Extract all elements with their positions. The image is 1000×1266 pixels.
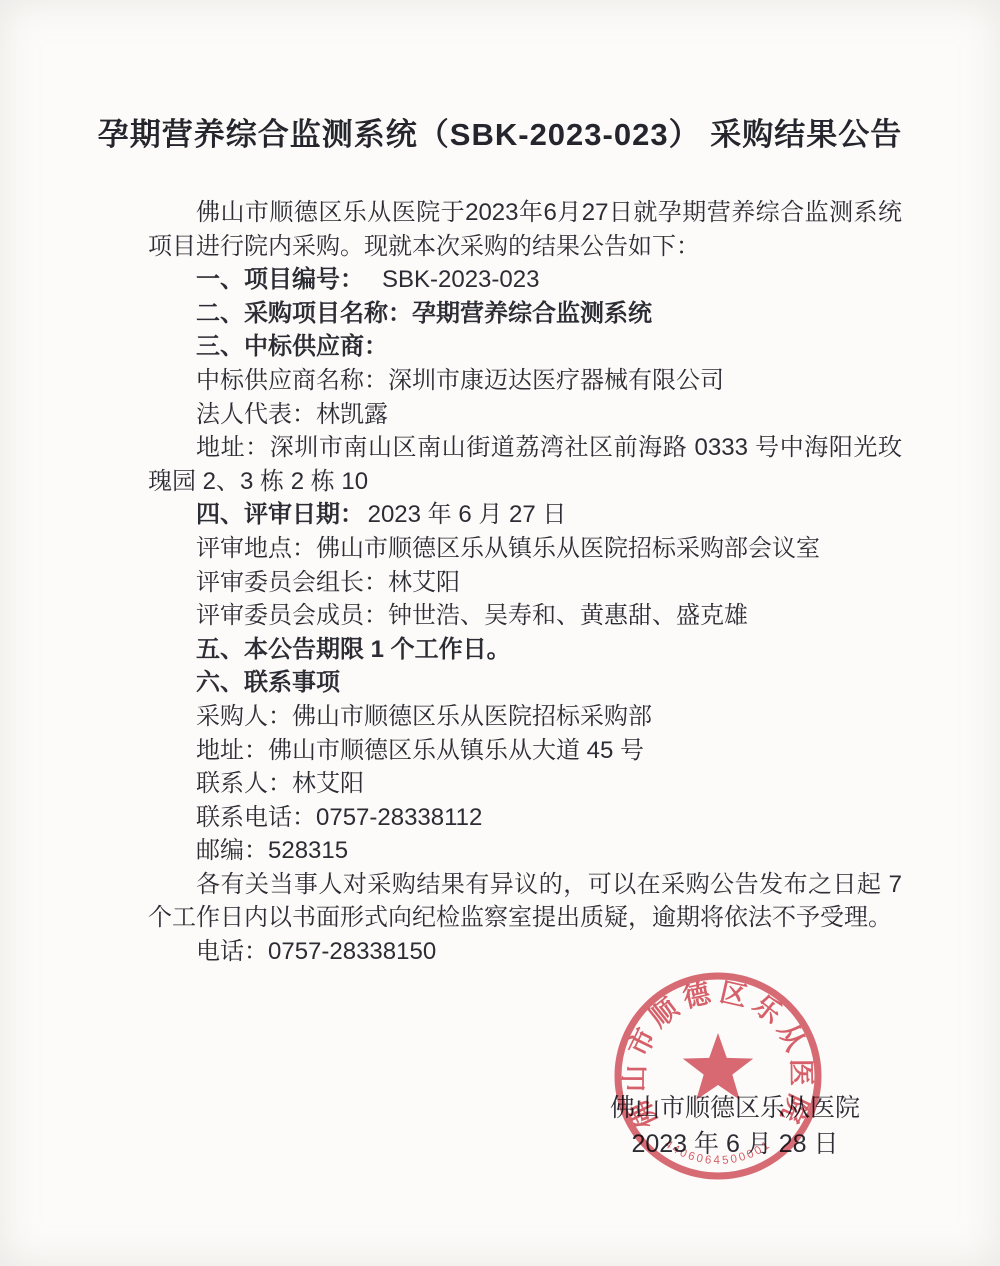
item-2-project-name: 二、采购项目名称：孕期营养综合监测系统 — [148, 297, 902, 331]
supplier-name-line: 中标供应商名称：深圳市康迈达医疗器械有限公司 — [148, 364, 902, 398]
intro-paragraph: 佛山市顺德区乐从医院于2023年6月27日就孕期营养综合监测系统项目进行院内采购… — [148, 196, 902, 263]
item-6-contact-heading: 六、联系事项 — [148, 666, 902, 700]
item-3-winning-supplier-heading: 三、中标供应商： — [148, 330, 902, 364]
item-4-label: 四、评审日期： — [196, 501, 364, 528]
scanned-document-page: 孕期营养综合监测系统（SBK-2023-023） 采购结果公告 佛山市顺德区乐从… — [0, 0, 1000, 1266]
contact-person-line: 联系人：林艾阳 — [148, 767, 902, 801]
item-1-project-number: 一、项目编号：SBK-2023-023 — [148, 263, 902, 297]
contact-phone-line: 联系电话：0757-28338112 — [148, 801, 902, 835]
item-1-value: SBK-2023-023 — [382, 266, 539, 293]
item-5-notice-period: 五、本公告期限 1 个工作日。 — [148, 633, 902, 667]
supplier-address-line: 地址：深圳市南山区南山街道荔湾社区前海路 0333 号中海阳光玫瑰园 2、3 栋… — [148, 431, 902, 498]
document-title: 孕期营养综合监测系统（SBK-2023-023） 采购结果公告 — [0, 0, 1000, 154]
official-seal: 佛山市顺德区乐从医院 4406064500001 — [606, 964, 830, 1188]
svg-text:4406064500001: 4406064500001 — [662, 1138, 773, 1167]
document-body: 佛山市顺德区乐从医院于2023年6月27日就孕期营养综合监测系统项目进行院内采购… — [148, 196, 902, 969]
seal-serial-number: 4406064500001 — [662, 1138, 773, 1167]
legal-representative-line: 法人代表：林凯露 — [148, 398, 902, 432]
star-icon — [683, 1033, 753, 1100]
item-4-review-date: 四、评审日期：2023 年 6 月 27 日 — [148, 498, 902, 532]
purchaser-address-line: 地址：佛山市顺德区乐从镇乐从大道 45 号 — [148, 734, 902, 768]
item-4-value: 2023 年 6 月 27 日 — [368, 501, 567, 528]
committee-members-line: 评审委员会成员：钟世浩、吴寿和、黄惠甜、盛克雄 — [148, 599, 902, 633]
review-place-line: 评审地点：佛山市顺德区乐从镇乐从医院招标采购部会议室 — [148, 532, 902, 566]
committee-leader-line: 评审委员会组长：林艾阳 — [148, 566, 902, 600]
objection-notice-paragraph: 各有关当事人对采购结果有异议的，可以在采购公告发布之日起 7 个工作日内以书面形… — [148, 868, 902, 935]
item-1-label: 一、项目编号： — [196, 266, 364, 293]
purchaser-line: 采购人：佛山市顺德区乐从医院招标采购部 — [148, 700, 902, 734]
postal-code-line: 邮编：528315 — [148, 834, 902, 868]
